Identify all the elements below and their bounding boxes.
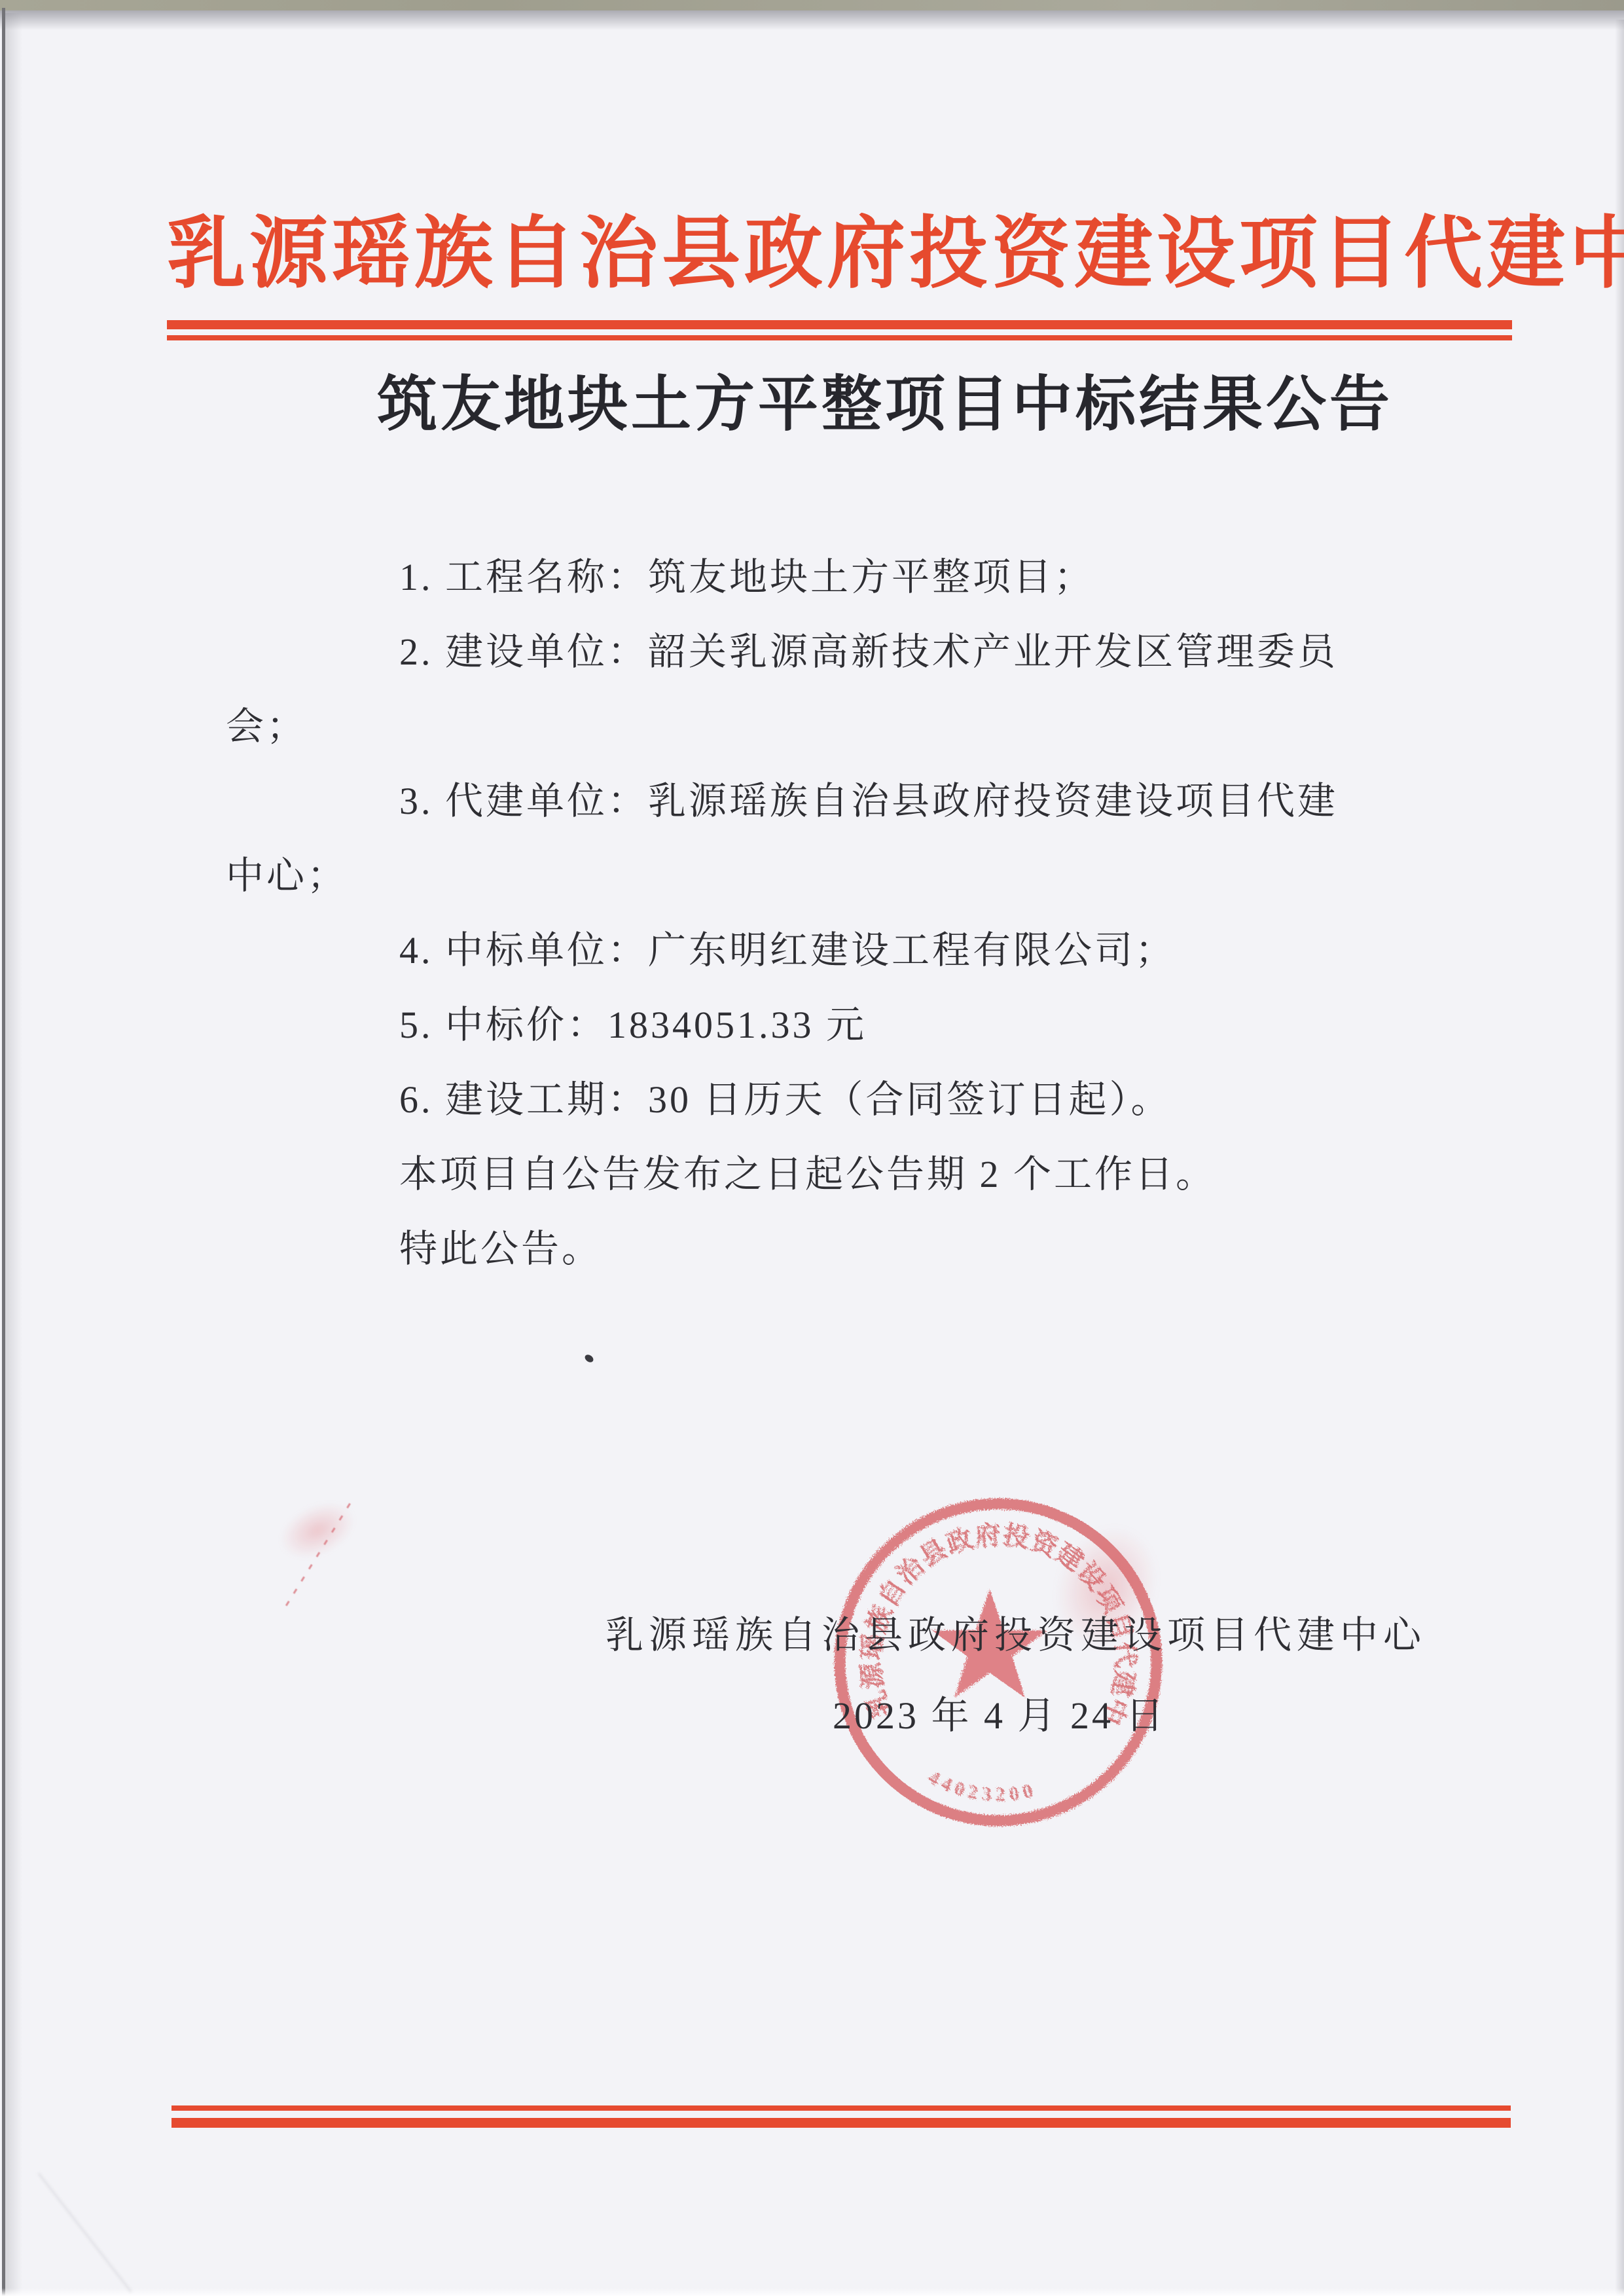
letterhead-title: 乳源瑶族自治县政府投资建设项目代建中心 [167, 215, 1624, 293]
body-line-2: 2. 建设单位：韶关乳源高新技术产业开发区管理委员 [399, 633, 1338, 671]
scan-bottom-edge [0, 2288, 1624, 2296]
ink-speck [583, 1353, 594, 1364]
date-line: 2023 年 4 月 24 日 [833, 1697, 1166, 1735]
letterhead-rule-thin [167, 335, 1512, 340]
scan-left-shadow [5, 13, 22, 2296]
body-line-6: 6. 建设工期：30 日历天（合同签订日起）。 [399, 1081, 1172, 1119]
scan-right-shadow [1615, 20, 1624, 2296]
footer-rule-thin [171, 2105, 1511, 2111]
document-title: 筑友地块土方平整项目中标结果公告 [377, 374, 1393, 435]
body-line-notice-period: 本项目自公告发布之日起公告期 2 个工作日。 [399, 1156, 1216, 1194]
body-line-announcement: 特此公告。 [399, 1230, 602, 1268]
paper-crease [38, 2172, 132, 2292]
seal-code: 44023200 [925, 1766, 1039, 1806]
svg-text:44023200: 44023200 [925, 1766, 1039, 1806]
scan-top-edge [0, 0, 1624, 10]
body-line-3-continuation: 中心； [226, 857, 348, 895]
scan-top-shadow [0, 10, 1624, 30]
body-line-4: 4. 中标单位：广东明红建设工程有限公司； [399, 932, 1176, 970]
body-line-1: 1. 工程名称：筑友地块土方平整项目； [399, 558, 1094, 596]
body-line-5: 5. 中标价：1834051.33 元 [399, 1006, 867, 1044]
signature-line: 乳源瑶族自治县政府投资建设项目代建中心 [605, 1616, 1426, 1654]
footer-rule-thick [171, 2118, 1511, 2128]
scanned-document-page: 乳源瑶族自治县政府投资建设项目代建中心 筑友地块土方平整项目中标结果公告 1. … [0, 0, 1624, 2296]
letterhead-rule-thick [167, 320, 1512, 329]
body-line-3: 3. 代建单位：乳源瑶族自治县政府投资建设项目代建 [399, 782, 1338, 820]
body-line-2-continuation: 会； [226, 708, 307, 746]
